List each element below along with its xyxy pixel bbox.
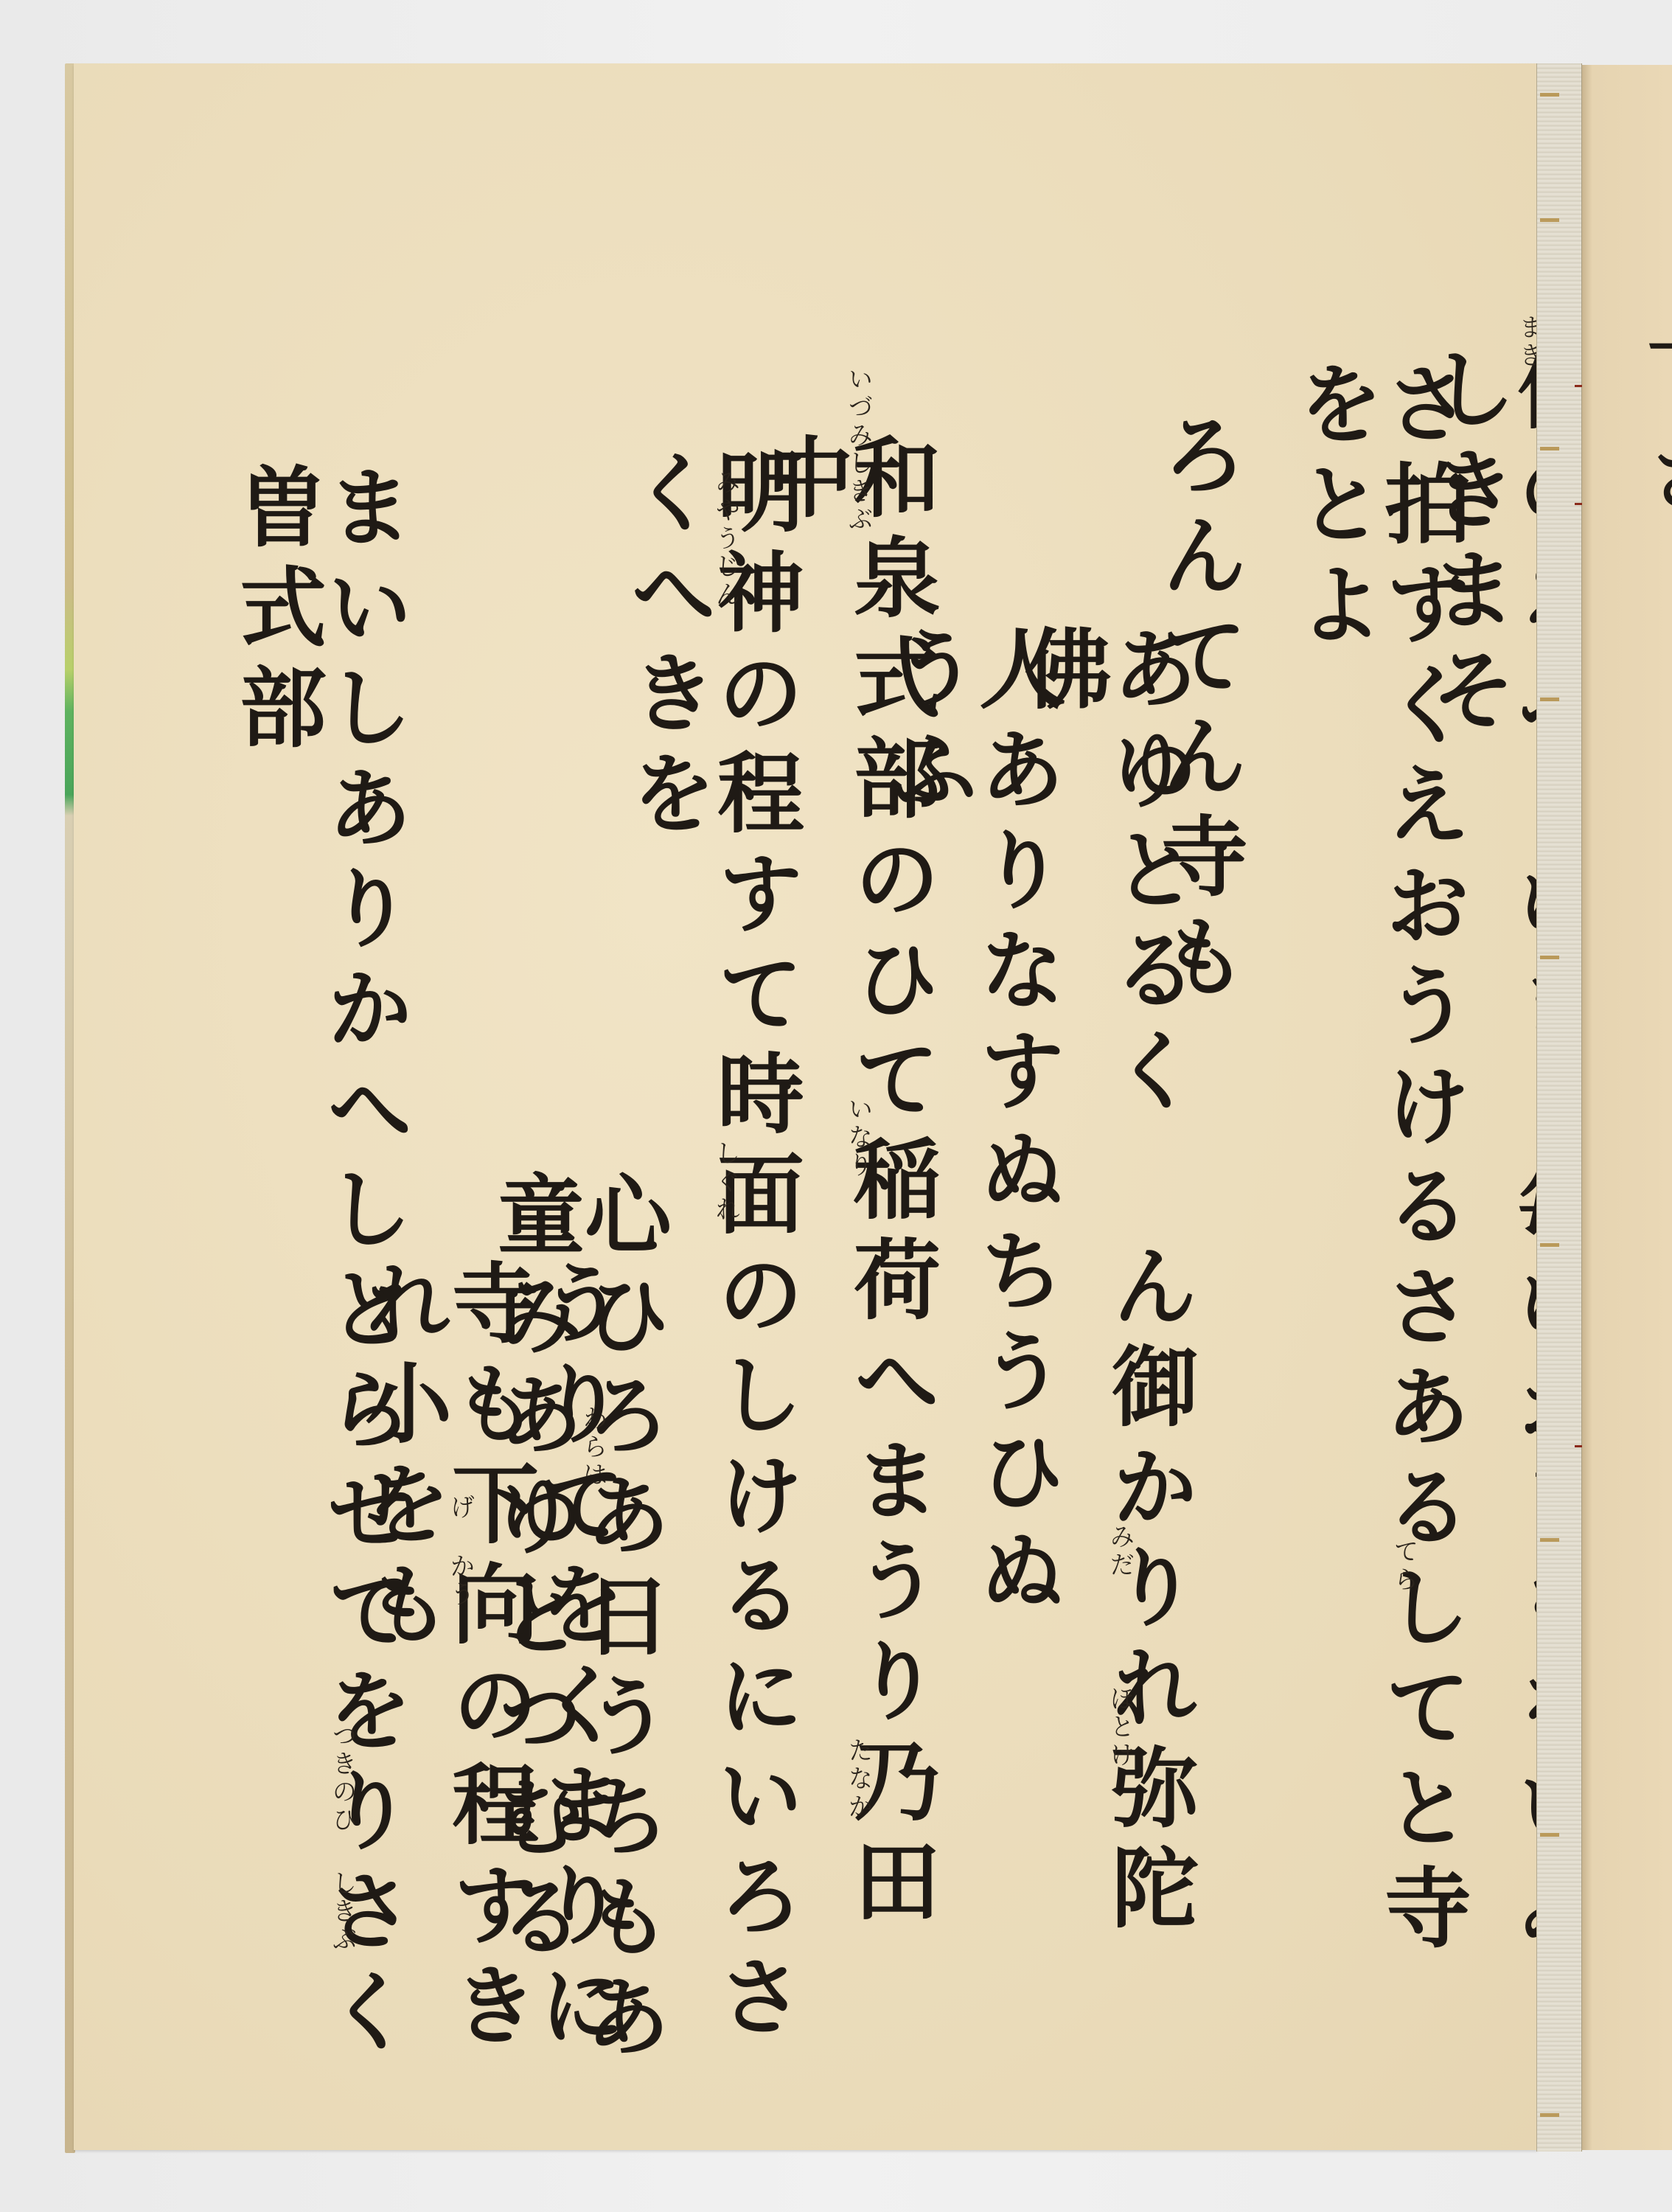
spine-thread-mark xyxy=(1540,1243,1559,1247)
spine-thread-mark xyxy=(1540,1538,1559,1542)
furigana-column-7b: しぐれ xyxy=(708,1140,744,1224)
text-column-2: さ拍すくえおうけるさあるしてと寺をとよ xyxy=(1290,358,1464,2054)
binding-spine xyxy=(1536,63,1582,2152)
furigana-column-9b: かう xyxy=(442,1553,478,1609)
furigana-column-6c: たなか xyxy=(840,1737,877,1821)
facing-page-text-fragment: 一さ xyxy=(1623,308,1672,559)
spine-thread-mark xyxy=(1540,1833,1559,1837)
spine-thread-mark xyxy=(1540,2113,1559,2117)
spine-thread-mark xyxy=(1540,956,1559,959)
furigana-column-6a: いづみしきぶ xyxy=(840,366,877,534)
spine-thread-mark xyxy=(1540,218,1559,222)
furigana-column-7a: みやうじん xyxy=(708,469,744,609)
text-column-10: まいしありかへしとらせてをりさく曽式部 xyxy=(232,462,406,2121)
manuscript-page-left: 任のえふ ゆきく毎ゆおしもをいみしきまそ まき さ拍すくえおうけるさあるしてと寺… xyxy=(74,63,1538,2150)
furigana-column-4b: ほとけ xyxy=(1102,1686,1138,1770)
manuscript-page-right: 一さ xyxy=(1582,65,1672,2150)
furigana-column-6b: いなり xyxy=(840,1096,877,1180)
spine-thread-mark xyxy=(1540,93,1559,97)
furigana-column-2: てら xyxy=(1386,1538,1422,1594)
spine-thread-mark xyxy=(1540,698,1559,701)
spine-thread-mark xyxy=(1540,447,1559,451)
furigana-column-10a: つきのひ xyxy=(324,1722,360,1834)
furigana-column-10b: しきぶ xyxy=(324,1870,360,1954)
furigana-column-9a: げ xyxy=(442,1494,478,1522)
furigana-column-4a: みだ xyxy=(1102,1523,1138,1579)
